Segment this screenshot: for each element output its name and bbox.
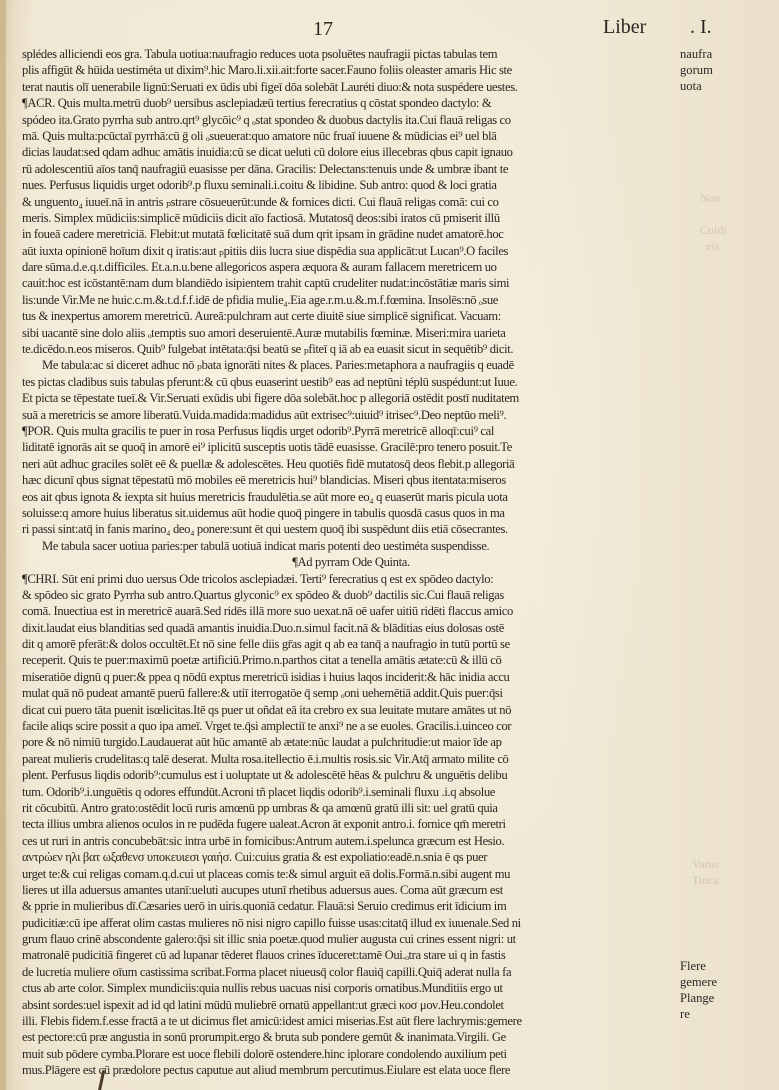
text-line: tecta illius umbra alienos oculos in re … xyxy=(22,816,680,832)
text-line: receperit. Quis te puer:maximū poetæ art… xyxy=(22,652,680,668)
text-line: miseratiōe dignū q puer:& ppea q nōdū ex… xyxy=(22,669,680,685)
text-line: & spōdeo sic grato Pyrrha sub antro.Quar… xyxy=(22,587,680,603)
margin-note-line: Flere xyxy=(680,958,717,974)
text-line: liditatē ignorās ait se quoq̄ in amorē e… xyxy=(22,439,680,455)
text-line: hæc dicunī qbus signat tēpestatū mō mobi… xyxy=(22,472,680,488)
text-line: pudicitiæ:cū ipe afferat olim castas mul… xyxy=(22,915,680,931)
text-line: cauit:hoc est icōstantē:nam dum blandiēd… xyxy=(22,275,680,291)
text-line: eos ait qbus ignota & iexpta sit huius m… xyxy=(22,489,680,505)
margin-note-bottom: Flere gemere Plange re xyxy=(680,958,717,1022)
text-line: terat nautis olī uenerabile lignū:Seruat… xyxy=(22,79,680,95)
text-line: ces ut ruri in antris concubebāt:sic int… xyxy=(22,833,680,849)
text-line: tus & inexpertus amorem meretricū. Aureā… xyxy=(22,308,680,324)
text-line: dit q amorē pferāt:& dolos occultēt.Et n… xyxy=(22,636,680,652)
book-number: . I. xyxy=(690,16,712,39)
text-line: αντρώεν ηλι βατ ωξαθενσ υποκευιεσι γαιήσ… xyxy=(22,849,680,865)
text-line: neri aūt adhuc graciles solēt eē & puell… xyxy=(22,456,680,472)
text-line: splédes alliciendi eos gra. Tabula uotiu… xyxy=(22,46,680,62)
book-page: 17 Liber . I. splédes alliciendi eos gra… xyxy=(0,0,779,1090)
margin-note-line: uota xyxy=(680,78,713,94)
commentary-text-block: splédes alliciendi eos gra. Tabula uotiu… xyxy=(22,46,680,1079)
text-line: muit sub pōdere cymba.Plorare est uoce f… xyxy=(22,1046,680,1062)
show-through-text: Cuidi xyxy=(700,222,727,238)
margin-note-top: naufra gorum uota xyxy=(680,46,713,94)
text-line: rū adolescentiū aīos tanq̄ naufragiū eua… xyxy=(22,161,680,177)
text-line: pareat mulieris crudelitas:q talē desera… xyxy=(22,751,680,767)
text-line: dare sūma.d.e.q.t.difficiles. Et.a.n.u.b… xyxy=(22,259,680,275)
text-line: suā a meretricis se amore liberatū.Vuida… xyxy=(22,407,680,423)
text-line: sibi uacantē sine dolo aliis ₒtemptis su… xyxy=(22,325,680,341)
show-through-text: eis xyxy=(706,238,719,254)
text-line: pore & nō nimiū turgido.Laudauerat aūt h… xyxy=(22,734,680,750)
text-line: Me tabula:ac si diceret adhuc nō ₚbata i… xyxy=(22,357,680,373)
text-line: est pectore:cū præ angustia in sonū pror… xyxy=(22,1029,680,1045)
text-line: aūt iuxta opinionē hoīum dixit q iratis:… xyxy=(22,243,680,259)
text-line: tes pictas cladibus suis tabulas pferunt… xyxy=(22,374,680,390)
text-line: urget te:& cui religas comam.q.d.cui ut … xyxy=(22,866,680,882)
text-line: mulat quā nō pudeat amantē puerū fallere… xyxy=(22,685,680,701)
text-line: matronalē pudicitiā fingeret cū ad lupan… xyxy=(22,947,680,963)
text-line: ¶ACR. Quis multa.metrū duob⁹ uersibus as… xyxy=(22,95,680,111)
text-line: nues. Perfusus liquidis urget odorib⁹.p … xyxy=(22,177,680,193)
text-line: dixit.laudat eius blanditias sed quadā a… xyxy=(22,620,680,636)
text-line: ¶POR. Quis multa gracilis te puer in ros… xyxy=(22,423,680,439)
text-line: ¶CHRI. Sūt eni primi duo uersus Ode tric… xyxy=(22,571,680,587)
text-line: spódeo ita.Grato pyrrha sub antro.qrt⁹ g… xyxy=(22,112,680,128)
text-line: facile aliqs scire possit a quo ipa ameī… xyxy=(22,718,680,734)
show-through-text: Varus xyxy=(692,856,719,872)
text-line: dicat cui puero tāta puenit isœlicitas.I… xyxy=(22,702,680,718)
margin-note-line: gorum xyxy=(680,62,713,78)
page-gutter-edge xyxy=(0,0,6,1090)
text-line: Et picta se tēpestate tueī.& Vir.Seruati… xyxy=(22,390,680,406)
text-line: dicias laudat:sed qdam adhuc amātis inui… xyxy=(22,144,680,160)
text-line: tum. Odorib⁹.i.unguētis q odores effundū… xyxy=(22,784,680,800)
text-line: lieres ut illa aduersus amantes utanī:ue… xyxy=(22,882,680,898)
text-line: ri passi sint:atq̄ in fanis marino₄ deo₄… xyxy=(22,521,680,537)
text-line: plis affigūt & hūida uestiméta ut dixim⁹… xyxy=(22,62,680,78)
text-line: illi. Flebis fidem.f.esse fractā a te ut… xyxy=(22,1013,680,1029)
show-through-text: Tinca xyxy=(692,872,719,888)
text-line: comā. Inuectiua est in meretricē auarā.S… xyxy=(22,603,680,619)
margin-note-line: Plange xyxy=(680,990,717,1006)
margin-note-line: gemere xyxy=(680,974,717,990)
text-line: ¶Ad pyrram Ode Quinta. xyxy=(22,554,680,570)
text-line: lis:unde Vir.Me ne huic.c.m.&.t.d.f.f.id… xyxy=(22,292,680,308)
text-line: in foueā cadere meretriciā. Flebit:ut mu… xyxy=(22,226,680,242)
text-line: grum flauo crinē abscondente galero:q̄si… xyxy=(22,931,680,947)
text-line: & unguento₄ iuueī.nā in antris ₚstrare c… xyxy=(22,194,680,210)
text-line: & pprie in mulieribus dī.Cæsaries uerō i… xyxy=(22,898,680,914)
text-line: meris. Simplex mūdiciis:simplicē mūdicii… xyxy=(22,210,680,226)
text-line: ctus ab arte color. Simplex mundiciis:qu… xyxy=(22,980,680,996)
text-line: mus.Plāgere est cū prædolore pectus capu… xyxy=(22,1062,680,1078)
show-through-text: Non xyxy=(700,190,721,206)
text-line: Me tabula sacer uotiua paries:per tabulā… xyxy=(22,538,680,554)
folio-number: 17 xyxy=(313,18,333,41)
text-line: plent. Perfusus liqdis odorib⁹:cumulus e… xyxy=(22,767,680,783)
text-line: absint sordes:uel ispexit ad id qd latin… xyxy=(22,997,680,1013)
text-line: te.dicēdo.n.eos miseros. Quib⁹ fulgebat … xyxy=(22,341,680,357)
page-header: 17 Liber . I. xyxy=(0,14,779,44)
running-head: Liber xyxy=(603,16,646,39)
text-line: de lucretia muliere oīum castissima scri… xyxy=(22,964,680,980)
margin-note-line: naufra xyxy=(680,46,713,62)
margin-note-line: re xyxy=(680,1006,717,1022)
text-line: rit cōcubitū. Antro grato:ostēdit locū r… xyxy=(22,800,680,816)
text-line: soluisse:q amore huius liberatus sit.uid… xyxy=(22,505,680,521)
text-line: mā. Quis multa:pcūctaī pyrrhā:cū ḡ oli ₒ… xyxy=(22,128,680,144)
